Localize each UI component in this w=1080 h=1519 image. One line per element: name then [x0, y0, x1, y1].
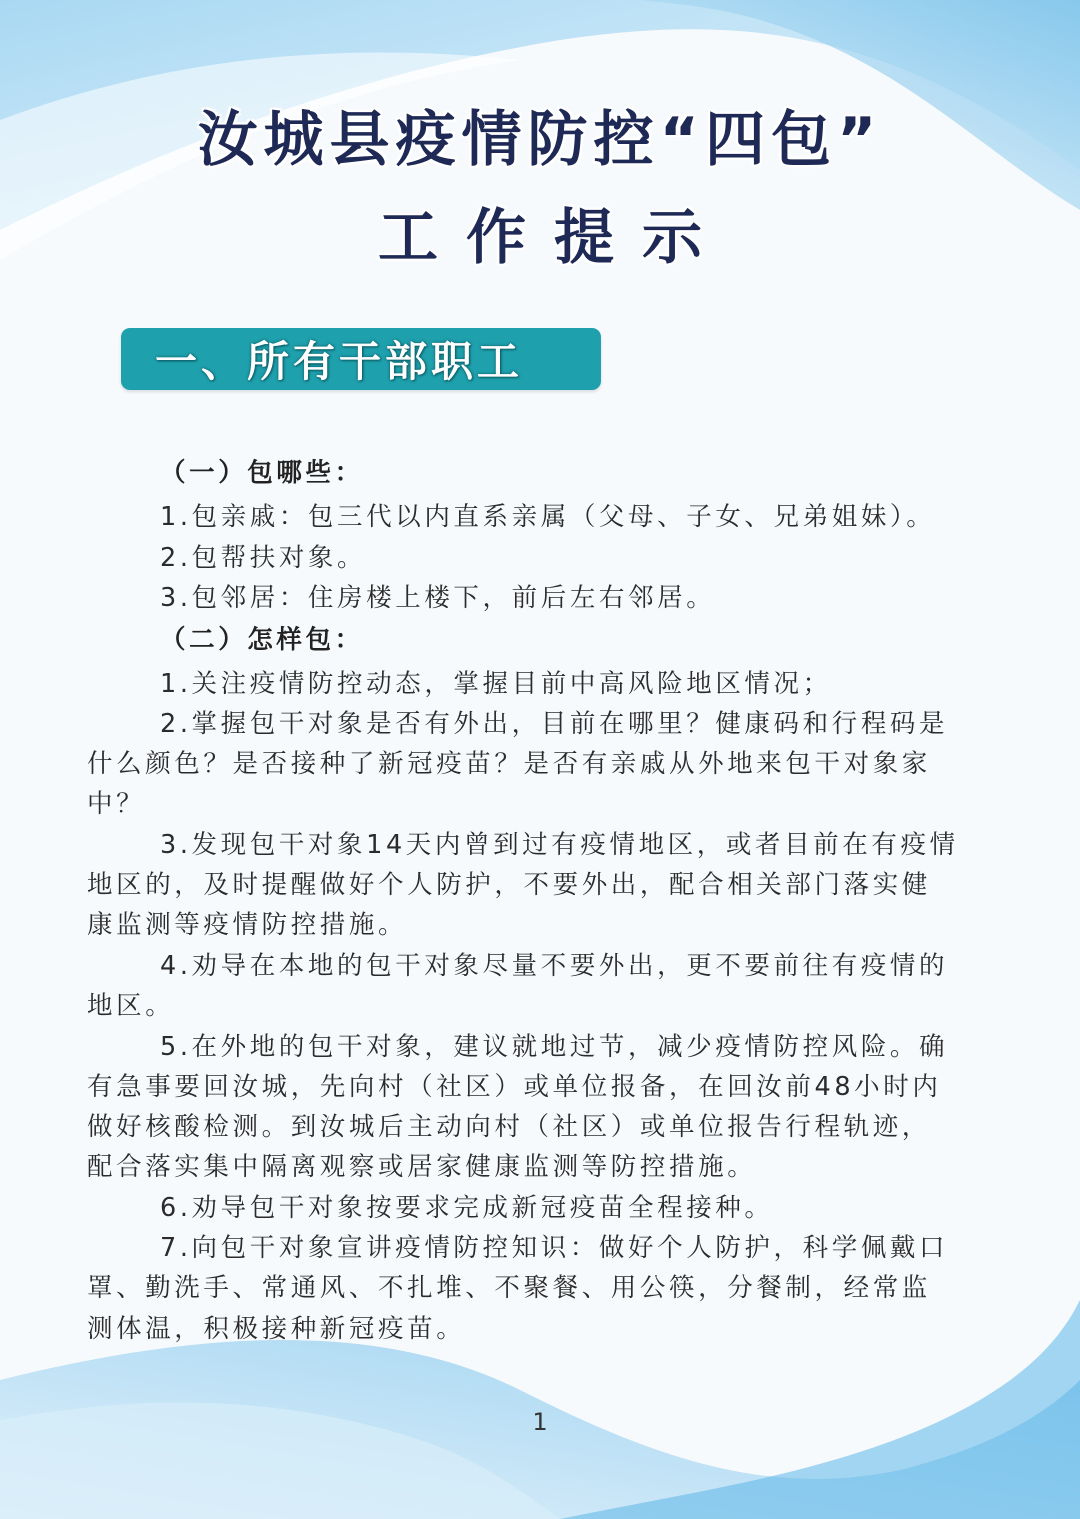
subsection-heading: （一）包哪些： [160, 453, 364, 489]
list-item: 7.向包干对象宣讲疫情防控知识：做好个人防护，科学佩戴口 [160, 1228, 948, 1264]
list-item-continuation: 康监测等疫情防控措施。 [87, 905, 407, 941]
list-item-continuation: 地区。 [87, 986, 174, 1022]
page-number: 1 [0, 1408, 1080, 1436]
list-item: 1.关注疫情防控动态，掌握目前中高风险地区情况； [160, 664, 832, 700]
list-item: 1.包亲戚：包三代以内直系亲属（父母、子女、兄弟姐妹）。 [160, 497, 935, 533]
document-title-line1: 汝城县疫情防控“四包” [0, 92, 1080, 178]
list-item-continuation: 配合落实集中隔离观察或居家健康监测等防控措施。 [87, 1147, 756, 1183]
list-item-continuation: 有急事要回汝城，先向村（社区）或单位报备，在回汝前48小时内 [87, 1067, 941, 1103]
list-item: 3.发现包干对象14天内曾到过有疫情地区，或者目前在有疫情 [160, 825, 959, 861]
list-item-continuation: 测体温，积极接种新冠疫苗。 [87, 1309, 465, 1345]
list-item: 2.包帮扶对象。 [160, 538, 366, 574]
list-item: 3.包邻居：住房楼上楼下，前后左右邻居。 [160, 578, 715, 614]
list-item: 5.在外地的包干对象，建议就地过节，减少疫情防控风险。确 [160, 1027, 948, 1063]
list-item: 4.劝导在本地的包干对象尽量不要外出，更不要前往有疫情的 [160, 946, 948, 982]
list-item-continuation: 什么颜色？是否接种了新冠疫苗？是否有亲戚从外地来包干对象家 [87, 744, 931, 780]
list-item-continuation: 罩、勤洗手、常通风、不扎堆、不聚餐、用公筷，分餐制，经常监 [87, 1268, 931, 1304]
list-item-continuation: 地区的，及时提醒做好个人防护，不要外出，配合相关部门落实健 [87, 865, 931, 901]
section-heading: 一、所有干部职工 [121, 329, 523, 389]
list-item-continuation: 中？ [87, 784, 145, 820]
subsection-heading: （二）怎样包： [160, 620, 364, 656]
list-item-continuation: 做好核酸检测。到汝城后主动向村（社区）或单位报告行程轨迹， [87, 1107, 931, 1143]
list-item: 2.掌握包干对象是否有外出，目前在哪里？健康码和行程码是 [160, 704, 948, 740]
document-page: 汝城县疫情防控“四包” 工作提示 一、所有干部职工 （一）包哪些： 1.包亲戚：… [0, 0, 1080, 1519]
list-item: 6.劝导包干对象按要求完成新冠疫苗全程接种。 [160, 1188, 774, 1224]
section-heading-banner: 一、所有干部职工 [121, 328, 601, 390]
document-title-line2: 工作提示 [0, 190, 1080, 276]
